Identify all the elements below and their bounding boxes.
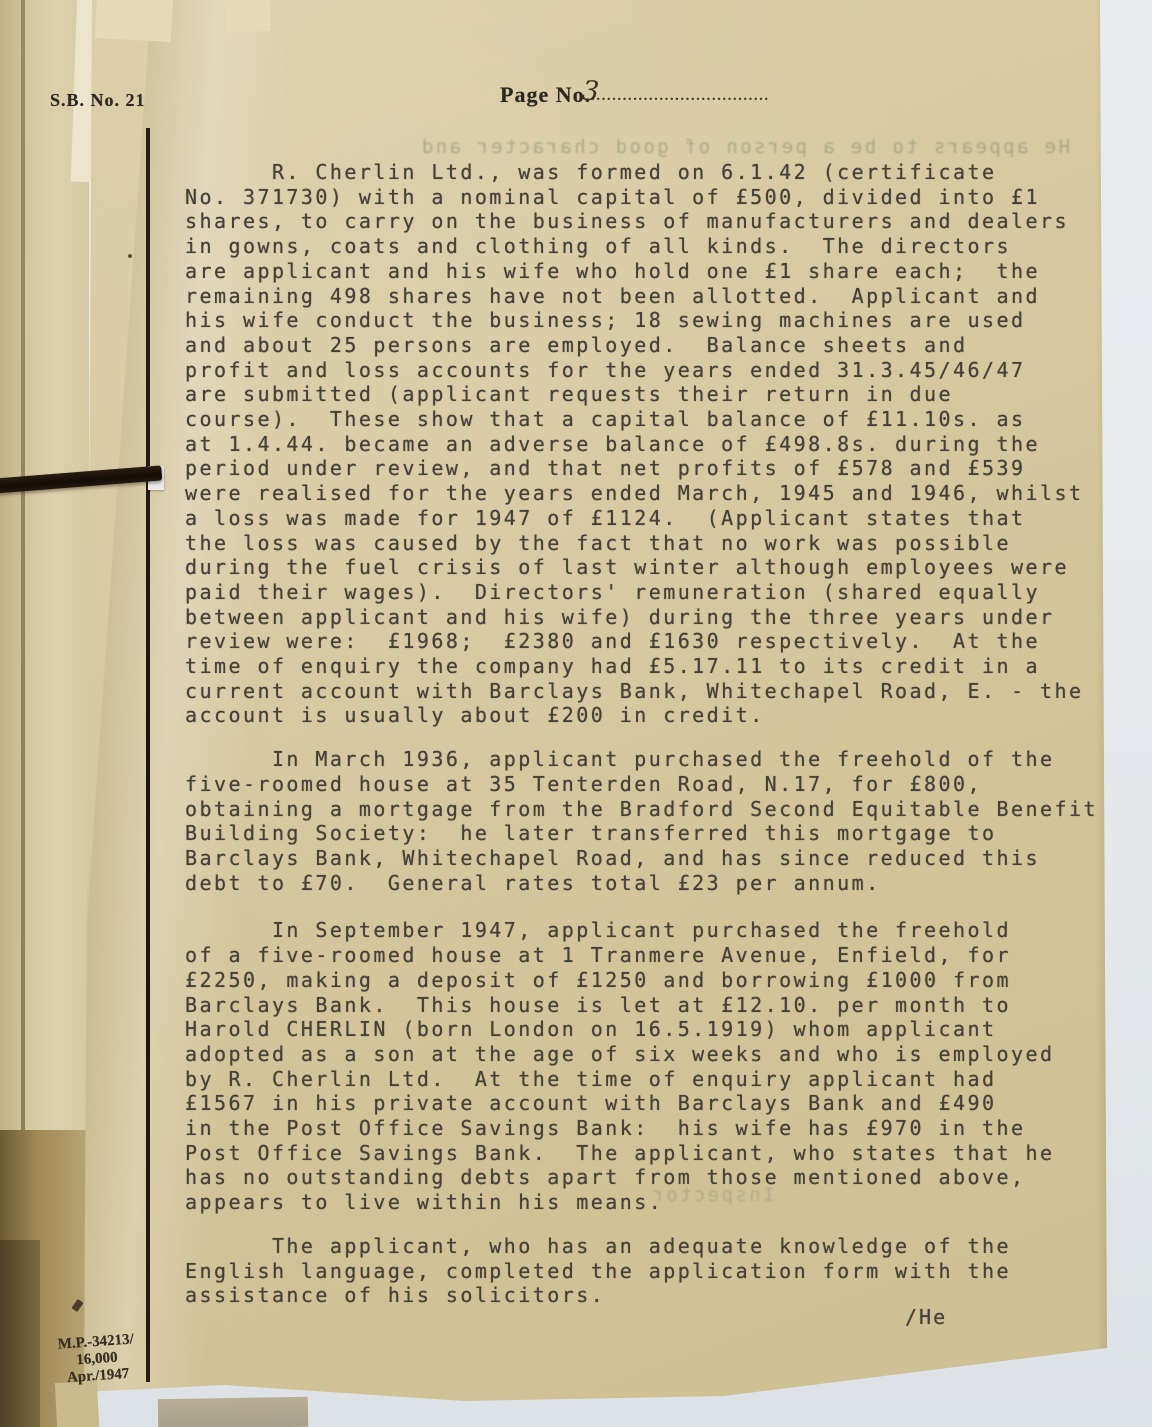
- text-line: period under review, and that net profit…: [185, 456, 1125, 481]
- text-line: course). These show that a capital balan…: [185, 407, 1125, 432]
- text-line: In September 1947, applicant purchased t…: [185, 918, 1125, 943]
- typewritten-body: R. Cherlin Ltd., was formed on 6.1.42 (c…: [185, 160, 1125, 1308]
- text-line: Barclays Bank. This house is let at £12.…: [185, 993, 1125, 1018]
- printers-imprint: M.P.-34213/ 16,000 Apr./1947: [42, 1330, 151, 1388]
- continuation-mark: /He: [905, 1305, 947, 1329]
- text-line: time of enquiry the company had £5.17.11…: [185, 654, 1125, 679]
- page-number-label: Page No.: [500, 82, 591, 107]
- text-line: Harold CHERLIN (born London on 16.5.1919…: [185, 1017, 1125, 1042]
- scanned-document: He appears to be a person of good charac…: [0, 0, 1152, 1427]
- text-line: obtaining a mortgage from the Bradford S…: [185, 797, 1125, 822]
- page-stack-top-tab: [95, 0, 173, 42]
- page-number-dotted-line: ..................................: [591, 88, 770, 104]
- text-line: has no outstanding debts apart from thos…: [185, 1165, 1125, 1190]
- text-line: in the Post Office Savings Bank: his wif…: [185, 1116, 1125, 1141]
- text-line: were realised for the years ended March,…: [185, 481, 1125, 506]
- text-line: profit and loss accounts for the years e…: [185, 358, 1125, 383]
- paragraph-house-1947: In September 1947, applicant purchased t…: [185, 918, 1125, 1214]
- text-line: £2250, making a deposit of £1250 and bor…: [185, 968, 1125, 993]
- paragraph-language: The applicant, who has an adequate knowl…: [185, 1234, 1125, 1308]
- ink-bleedthrough-text: He appears to be a person of good charac…: [330, 136, 1070, 158]
- text-line: remaining 498 shares have not been allot…: [185, 284, 1125, 309]
- text-line: five-roomed house at 35 Tenterden Road, …: [185, 772, 1125, 797]
- text-line: Building Society: he later transferred t…: [185, 821, 1125, 846]
- ink-speck: [128, 254, 132, 258]
- text-line: shares, to carry on the business of manu…: [185, 209, 1125, 234]
- text-line: in gowns, coats and clothing of all kind…: [185, 234, 1125, 259]
- text-line: a loss was made for 1947 of £1124. (Appl…: [185, 506, 1125, 531]
- text-line: at 1.4.44. became an adverse balance of …: [185, 432, 1125, 457]
- page-stack-corner-shadow: [0, 1240, 40, 1427]
- text-line: assistance of his solicitors.: [185, 1283, 1125, 1308]
- text-line: review were: £1968; £2380 and £1630 resp…: [185, 629, 1125, 654]
- text-line: of a five-roomed house at 1 Tranmere Ave…: [185, 943, 1125, 968]
- paragraph-house-1936: In March 1936, applicant purchased the f…: [185, 747, 1125, 895]
- text-line: No. 371730) with a nominal capital of £5…: [185, 185, 1125, 210]
- text-line: In March 1936, applicant purchased the f…: [185, 747, 1125, 772]
- text-line: paid their wages). Directors' remunerati…: [185, 580, 1125, 605]
- paragraph-company: R. Cherlin Ltd., was formed on 6.1.42 (c…: [185, 160, 1125, 728]
- page-stack-tab: [158, 1397, 309, 1427]
- text-line: English language, completed the applicat…: [185, 1259, 1125, 1284]
- text-line: current account with Barclays Bank, Whit…: [185, 679, 1125, 704]
- text-line: and about 25 persons are employed. Balan…: [185, 333, 1125, 358]
- text-line: the loss was caused by the fact that no …: [185, 531, 1125, 556]
- text-line: are applicant and his wife who hold one …: [185, 259, 1125, 284]
- text-line: between applicant and his wife) during t…: [185, 605, 1125, 630]
- page-number-field: Page No.................................…: [500, 82, 770, 108]
- text-line: by R. Cherlin Ltd. At the time of enquir…: [185, 1067, 1125, 1092]
- margin-rule-line: [146, 128, 150, 1382]
- page-stack-top-tab: [225, 0, 270, 33]
- text-line: Post Office Savings Bank. The applicant,…: [185, 1141, 1125, 1166]
- text-line: his wife conduct the business; 18 sewing…: [185, 308, 1125, 333]
- text-line: during the fuel crisis of last winter al…: [185, 555, 1125, 580]
- text-line: The applicant, who has an adequate knowl…: [185, 1234, 1125, 1259]
- text-line: Barclays Bank, Whitechapel Road, and has…: [185, 846, 1125, 871]
- text-line: account is usually about £200 in credit.: [185, 703, 1125, 728]
- text-line: appears to live within his means.: [185, 1190, 1125, 1215]
- text-line: are submitted (applicant requests their …: [185, 382, 1125, 407]
- text-line: debt to £70. General rates total £23 per…: [185, 871, 1125, 896]
- text-line: adopted as a son at the age of six weeks…: [185, 1042, 1125, 1067]
- text-line: £1567 in his private account with Barcla…: [185, 1091, 1125, 1116]
- text-line: R. Cherlin Ltd., was formed on 6.1.42 (c…: [185, 160, 1125, 185]
- page-stack-tab: [55, 1381, 99, 1427]
- handwritten-page-number: 3: [581, 75, 600, 107]
- form-reference-number: S.B. No. 21: [50, 90, 146, 111]
